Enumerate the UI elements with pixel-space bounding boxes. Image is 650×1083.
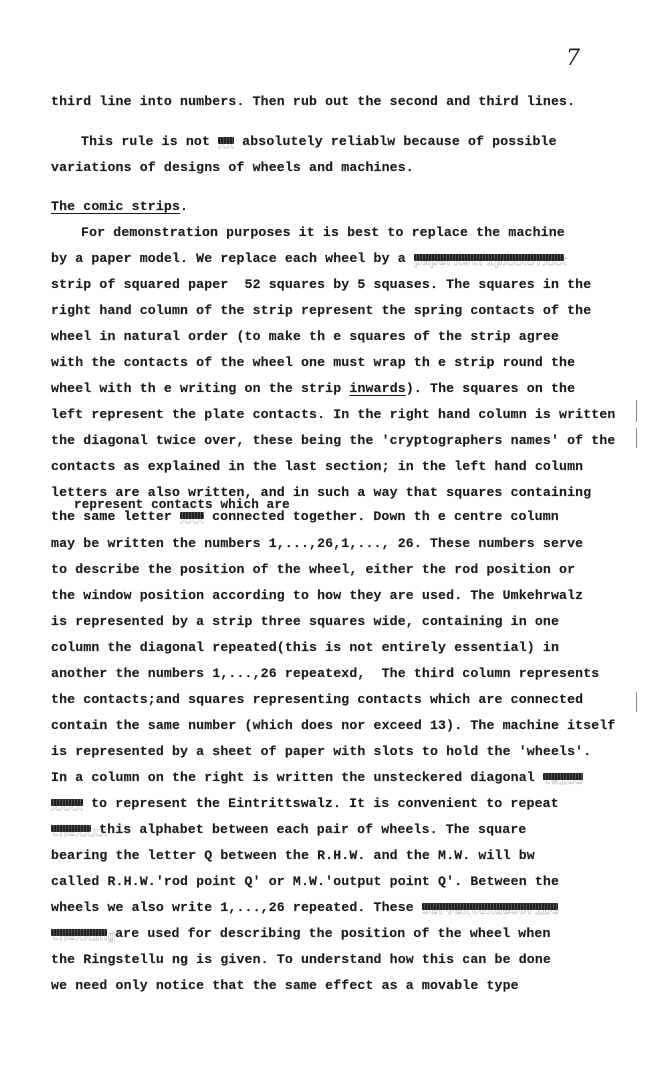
text-line: we need only notice that the same effect…: [51, 978, 519, 994]
text-line: is represented by a strip three squares …: [51, 614, 559, 630]
text-line: left represent the plate contacts. In th…: [51, 407, 615, 423]
text-fragment: by a paper model. We replace each wheel …: [51, 251, 414, 266]
text-line: bearing the letter Q between the R.H.W. …: [51, 848, 535, 864]
margin-mark: [636, 692, 637, 712]
text-line: column the diagonal repeated(this is not…: [51, 640, 559, 656]
text-line: the Ringstellu ng is given. To understan…: [51, 952, 551, 968]
text-line: contain the same number (which does nor …: [51, 718, 615, 734]
page-number: 7: [566, 46, 580, 71]
text-line: This rule is not xx absolutely reliablw …: [81, 134, 557, 150]
margin-mark: [636, 400, 637, 422]
struck-out-text: thexxxx: [51, 825, 91, 832]
text-fragment: In a column on the right is written the …: [51, 770, 543, 785]
text-line: the same letter xxx connected together. …: [51, 509, 559, 525]
section-heading-text: The comic strips: [51, 199, 180, 214]
text-line: third line into numbers. Then rub out th…: [51, 94, 575, 110]
struck-out-text: paperxstripxxxofxxx: [414, 254, 564, 261]
struck-out-text: thexRing: [51, 929, 107, 936]
text-line: strip of squared paper 52 squares by 5 s…: [51, 277, 591, 293]
text-fragment: .: [180, 199, 188, 214]
struck-out-text: servextoxdescribe: [422, 903, 558, 910]
document-page: 7 third line into numbers. Then rub out …: [0, 0, 650, 1083]
text-line: right hand column of the strip represent…: [51, 303, 591, 319]
text-fragment: connected together. Down th e centre col…: [204, 509, 559, 524]
text-fragment: the same letter: [51, 509, 180, 524]
text-line: by a paper model. We replace each wheel …: [51, 251, 564, 267]
text-line: contacts as explained in the last sectio…: [51, 459, 583, 475]
text-line: wheel in natural order (to make th e squ…: [51, 329, 559, 345]
text-fragment: wheel with th e writing on the strip: [51, 381, 349, 396]
text-fragment: This rule is not: [81, 134, 218, 149]
text-line: is represented by a sheet of paper with …: [51, 744, 591, 760]
text-line: thexRing are used for describing the pos…: [51, 926, 551, 942]
text-line: with the contacts of the wheel one must …: [51, 355, 575, 371]
text-line: to describe the position of the wheel, e…: [51, 562, 575, 578]
text-fragment: to represent the Eintrittswalz. It is co…: [83, 796, 559, 811]
text-line: the diagonal twice over, these being the…: [51, 433, 615, 449]
struck-out-text: xxxx: [51, 799, 83, 806]
text-fragment: ). The squares on the: [406, 381, 575, 396]
text-line: another the numbers 1,...,26 repeatexd, …: [51, 666, 599, 682]
text-line: thexxxx this alphabet between each pair …: [51, 822, 526, 838]
text-line: wheel with th e writing on the strip inw…: [51, 381, 575, 397]
text-fragment: this alphabet between each pair of wheel…: [91, 822, 526, 837]
margin-mark: [636, 428, 637, 448]
text-fragment: wheels we also write 1,...,26 repeated. …: [51, 900, 422, 915]
text-line: may be written the numbers 1,...,26,1,..…: [51, 536, 583, 552]
text-line: wheels we also write 1,...,26 repeated. …: [51, 900, 558, 916]
section-heading: The comic strips.: [51, 199, 188, 215]
text-line: For demonstration purposes it is best to…: [81, 225, 565, 241]
text-line: called R.H.W.'rod point Q' or M.W.'outpu…: [51, 874, 559, 890]
underlined-word: inwards: [349, 381, 405, 396]
text-fragment: are used for describing the position of …: [107, 926, 551, 941]
text-line: In a column on the right is written the …: [51, 770, 583, 786]
text-line: the window position according to how the…: [51, 588, 583, 604]
struck-out-text: xxx: [180, 512, 204, 519]
text-line: xxxx to represent the Eintrittswalz. It …: [51, 796, 559, 812]
text-line: the contacts;and squares representing co…: [51, 692, 583, 708]
text-line: variations of designs of wheels and mach…: [51, 160, 414, 176]
struck-out-text: xx: [218, 137, 234, 144]
text-fragment: absolutely reliablw because of possible: [234, 134, 557, 149]
struck-out-text: twice: [543, 773, 583, 780]
